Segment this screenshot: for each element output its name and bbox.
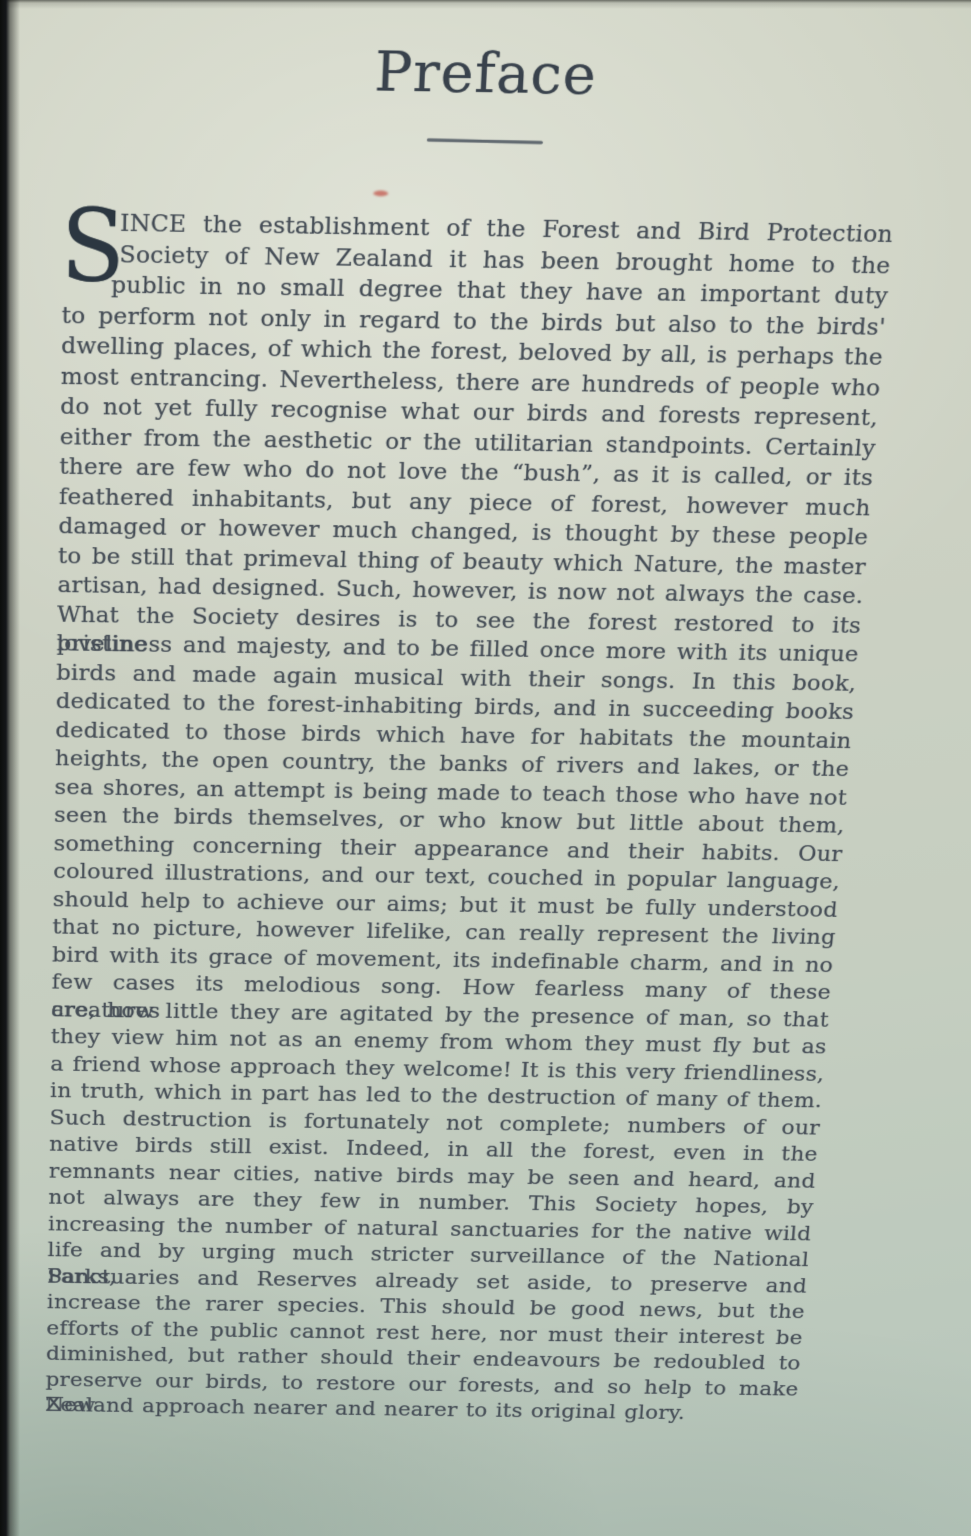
title-divider [427, 139, 543, 144]
book-page-photo: Preface S INCE the establishment of the … [0, 0, 971, 1536]
page-title: Preface [65, 36, 908, 112]
red-speck [373, 190, 388, 196]
preface-text: S INCE the establishment of the Forest a… [45, 207, 894, 1427]
drop-cap: S [60, 196, 126, 296]
page: Preface S INCE the establishment of the … [46, 26, 909, 1346]
